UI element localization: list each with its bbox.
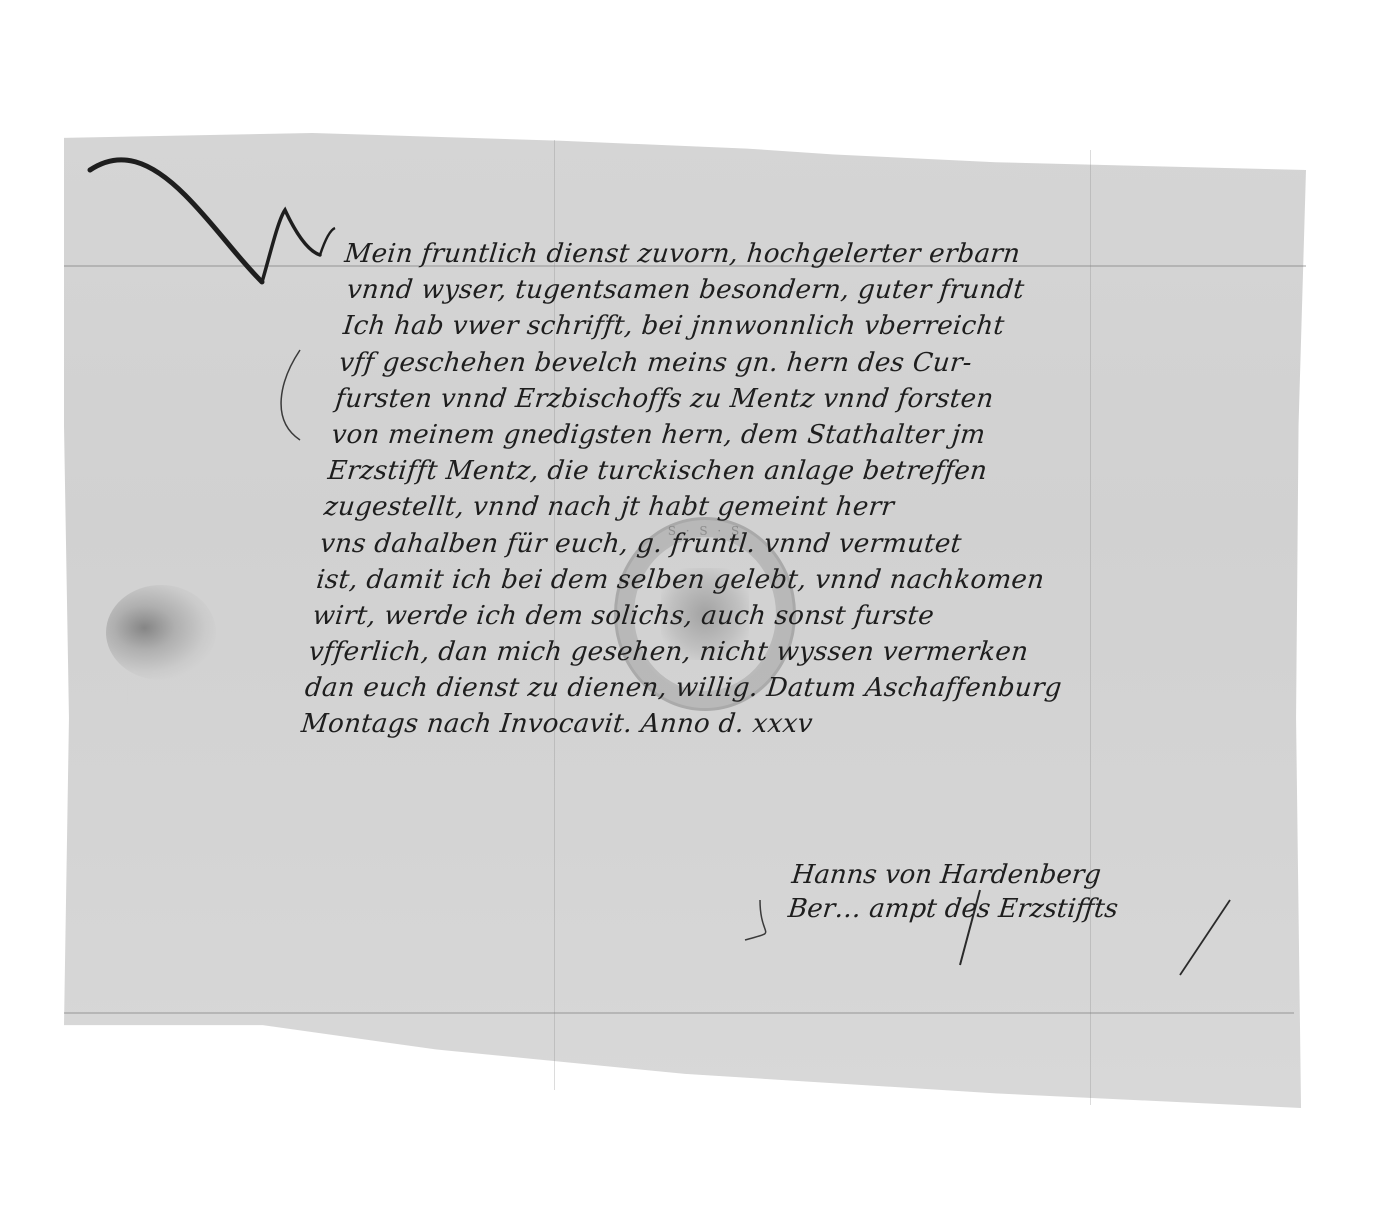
text-line: Mein fruntlich dienst zuvorn, hochgelert…: [293, 236, 1317, 272]
text-line: Ich hab vwer schrifft, bei jnnwonnlich v…: [285, 308, 1309, 344]
text-line: von meinem gnedigsten hern, dem Stathalt…: [274, 417, 1298, 453]
text-line: Montags nach Invocavit. Anno d. xxxv: [243, 706, 1267, 742]
ink-smudge: [106, 585, 216, 680]
text-line: ist, damit ich bei dem selben gelebt, vn…: [259, 562, 1283, 598]
text-line: dan euch dienst zu dienen, willig. Datum…: [247, 670, 1271, 706]
text-line: fursten vnnd Erzbischoffs zu Mentz vnnd …: [278, 381, 1302, 417]
text-line: Erzstifft Mentz, die turckischen anlage …: [270, 453, 1294, 489]
text-line: vff geschehen bevelch meins gn. hern des…: [281, 345, 1305, 381]
fold-line-lower: [64, 1012, 1294, 1014]
signature-block: Hanns von Hardenberg Ber… ampt des Erzst…: [786, 858, 1253, 926]
text-line: vfferlich, dan mich gesehen, nicht wysse…: [251, 634, 1275, 670]
signature-name: Hanns von Hardenberg: [790, 858, 1254, 892]
text-line: vnnd wyser, tugentsamen besondern, guter…: [289, 272, 1313, 308]
text-line: vns dahalben für euch, g. fruntl. vnnd v…: [262, 526, 1286, 562]
letter-body: Mein fruntlich dienst zuvorn, hochgelert…: [243, 236, 1316, 743]
text-line: zugestellt, vnnd nach jt habt gemeint he…: [266, 489, 1290, 525]
signature-title: Ber… ampt des Erzstiffts: [786, 892, 1250, 926]
text-line: wirt, werde ich dem solichs, auch sonst …: [255, 598, 1279, 634]
